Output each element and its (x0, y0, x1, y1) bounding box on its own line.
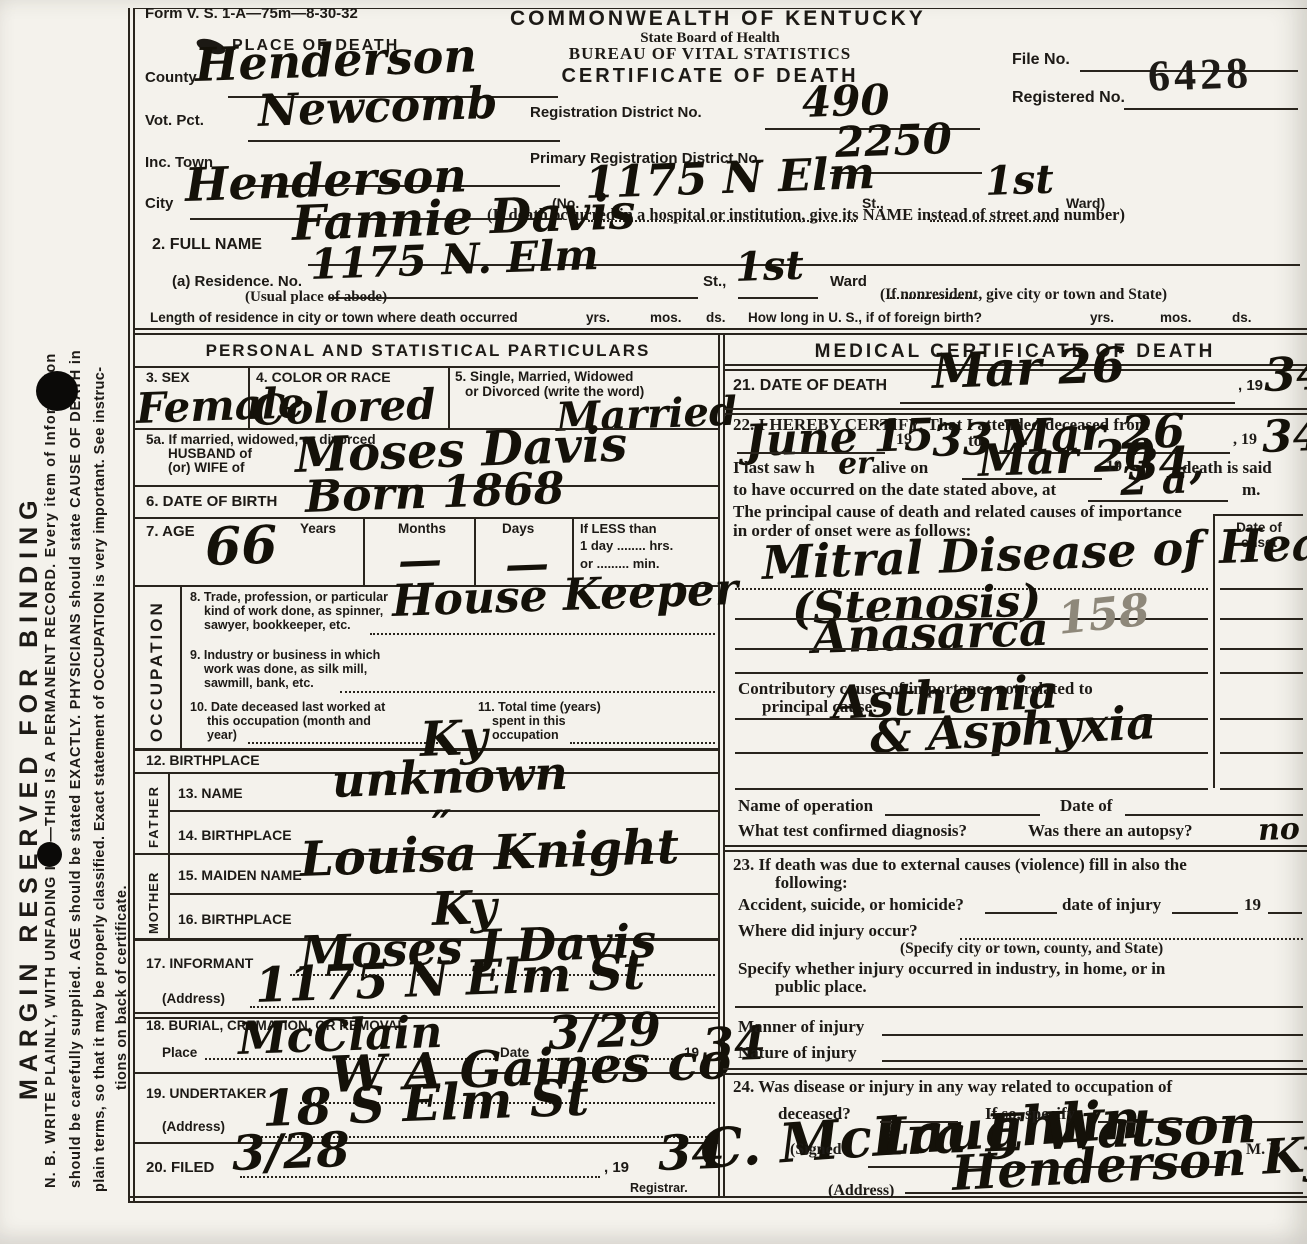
trade-label-3: sawyer, bookkeeper, etc. (204, 619, 351, 632)
last-worked-label-2: this occupation (month and (207, 715, 371, 728)
age-days-label: Days (502, 522, 534, 536)
informant-address-label: (Address) (162, 992, 225, 1006)
margin-note-line3: plain terms, so that it may be properly … (93, 367, 108, 1192)
ward-value: 1st (984, 160, 1054, 202)
operation-label: Name of operation (738, 797, 873, 815)
filed-date-value: 3/28 (231, 1126, 350, 1178)
age-value: 66 (204, 519, 278, 573)
form-left-border (128, 8, 135, 1202)
principal-cause-text-1: The principal cause of death and related… (733, 503, 1182, 521)
deceased-label: deceased? (778, 1105, 851, 1123)
physician-address-label: (Address) (828, 1183, 894, 1200)
onset-line-6 (1220, 752, 1303, 754)
commonwealth-title: COMMONWEALTH OF KENTUCKY (510, 8, 910, 30)
registered-no-line (1124, 108, 1298, 110)
trade-line (370, 633, 715, 635)
last-saw-text-2: alive on (872, 459, 928, 477)
dod-19-label: , 19 (1238, 378, 1263, 394)
injury-19-label: 19 (1244, 896, 1261, 914)
contributory-value-2: & Asphyxia (869, 699, 1157, 760)
onset-line-1 (1220, 588, 1303, 590)
registered-no-label: Registered No. (1012, 90, 1125, 107)
hour-value: 2 a (1119, 460, 1188, 502)
age-label: 7. AGE (146, 524, 195, 540)
total-time-label-1: 11. Total time (years) (478, 701, 601, 714)
cause-2-value: Anasarca (811, 606, 1049, 660)
contributory-line-2 (735, 752, 1208, 754)
injury-date-label: date of injury (1062, 896, 1161, 914)
full-name-label: 2. FULL NAME (152, 237, 262, 254)
onset-box-top (1213, 514, 1303, 516)
test-label: What test confirmed diagnosis? (738, 822, 967, 840)
to-19-label: , 19 (1233, 432, 1257, 449)
birthplace-label: 12. BIRTHPLACE (146, 753, 260, 768)
manner-line (882, 1034, 1303, 1036)
physician-address-line (905, 1192, 1303, 1194)
age-less-label-1: If LESS than (580, 522, 657, 536)
accident-label: Accident, suicide, or homicide? (738, 896, 964, 914)
specify-injury-line (735, 1006, 1303, 1008)
last-saw-er: er (837, 449, 873, 480)
reg-district-label: Registration District No. (530, 105, 702, 121)
length-ds-label: ds. (706, 311, 726, 325)
contributory-line-3 (735, 788, 1208, 790)
father-bp-label: 14. BIRTHPLACE (178, 828, 292, 843)
burial-place-label: Place (162, 1046, 197, 1060)
to-year-value: 34 (1261, 414, 1307, 460)
father-name-value: unknown (331, 750, 568, 804)
nature-label: Nature of injury (738, 1044, 857, 1062)
autopsy-label: Was there an autopsy? (1028, 822, 1193, 840)
external-causes-text-1: 23. If death was due to external causes … (733, 856, 1187, 874)
occurred-text: to have occurred on the date stated abov… (733, 481, 1056, 499)
occupation-vertical-label: OCCUPATION (148, 600, 166, 742)
injury-section-rule (723, 1068, 1307, 1075)
industry-label-2: work was done, as silk mill, (204, 663, 367, 676)
total-time-label-2: spent in this (492, 715, 566, 728)
date-of-death-value: Mar 26 (931, 341, 1126, 396)
husband-label-3: (or) WIFE of (168, 461, 244, 475)
age-less-label-2: 1 day ........ hrs. (580, 539, 673, 553)
accident-line (985, 912, 1057, 914)
informant-address-value: 1175 N Elm St (254, 948, 645, 1010)
personal-title-rule (133, 366, 720, 368)
residence-ward-value: 1st (734, 246, 804, 288)
filed-19-label: , 19 (604, 1160, 629, 1176)
last-saw-text-3: death is said (1182, 459, 1272, 477)
form-bottom-border (128, 1196, 1307, 1203)
dod-year-value: 34 (1263, 350, 1307, 398)
parents-label-border (168, 772, 170, 938)
injury-19-line (1268, 912, 1302, 914)
length-yrs-label: yrs. (586, 311, 610, 325)
how-long-ds: ds. (1232, 311, 1252, 325)
date-of-death-label: 21. DATE OF DEATH (733, 378, 887, 395)
injury-date-line (1172, 912, 1238, 914)
abode-note: (Usual place of abode) (245, 290, 387, 306)
how-long-label: How long in U. S., if of foreign birth? (748, 311, 982, 325)
marital-label-1: 5. Single, Married, Widowed (455, 370, 633, 384)
last-worked-label-1: 10. Date deceased last worked at (190, 701, 385, 714)
how-long-yrs: yrs. (1090, 311, 1114, 325)
industry-line (340, 691, 715, 693)
undertaker-address-label: (Address) (162, 1120, 225, 1134)
onset-line-4 (1220, 672, 1303, 674)
dob-value: Born 1868 (304, 467, 565, 520)
specify-city-note: (Specify city or town, county, and State… (900, 941, 1163, 957)
age-years-label: Years (300, 522, 336, 536)
trade-value: House Keeper (391, 568, 739, 624)
signed-label: (Signed (790, 1142, 842, 1159)
death-certificate-scan: MARGIN RESERVED FOR BINDING N. B. WRITE … (0, 0, 1307, 1244)
vot-pct-label: Vot. Pct. (145, 113, 204, 129)
binding-hole-bottom (37, 842, 62, 867)
external-causes-text-2: following: (775, 874, 848, 892)
autopsy-rule (723, 845, 1307, 852)
filed-line (240, 1176, 600, 1178)
length-mos-label: mos. (650, 311, 682, 325)
residence-ward-line (738, 297, 818, 299)
how-long-mos: mos. (1160, 311, 1192, 325)
father-vertical-label: FATHER (147, 785, 161, 848)
file-no-label: File No. (1012, 52, 1070, 69)
nonresident-note: (If nonresident, give city or town and S… (880, 287, 1167, 303)
total-time-line (570, 742, 715, 744)
informant-label: 17. INFORMANT (146, 956, 253, 971)
race-marital-divider (448, 366, 450, 428)
onset-line-2 (1220, 618, 1303, 620)
trade-label-1: 8. Trade, profession, or particular (190, 591, 388, 604)
residence-label: (a) Residence. No. (172, 274, 302, 290)
vot-pct-line (248, 140, 560, 142)
nature-line (882, 1060, 1303, 1062)
manner-label: Manner of injury (738, 1018, 864, 1036)
specify-injury-text-2: public place. (775, 978, 867, 996)
undertaker-label: 19. UNDERTAKER (146, 1086, 266, 1101)
mother-bp-label: 16. BIRTHPLACE (178, 912, 292, 927)
county-label: County (145, 70, 197, 86)
last-saw-text-1: I last saw h (733, 459, 815, 477)
industry-label-3: sawmill, bank, etc. (204, 677, 314, 690)
registrar-label: Registrar. (630, 1182, 688, 1195)
onset-line-3 (1220, 648, 1303, 650)
header-bottom-rule (133, 328, 1307, 335)
personal-section-title: PERSONAL AND STATISTICAL PARTICULARS (136, 342, 720, 360)
where-injury-label: Where did injury occur? (738, 922, 918, 940)
from-19-label: , 19 (888, 432, 912, 449)
q24-text: 24. Was disease or injury in any way rel… (733, 1078, 1172, 1096)
onset-line-7 (1220, 788, 1303, 790)
mother-name-value: Louisa Knight (299, 823, 680, 884)
binding-hole-top (36, 371, 78, 411)
margin-note-line2: should be carefully supplied. AGE should… (69, 350, 84, 1188)
trade-label-2: kind of work done, as spinner, (204, 605, 383, 618)
date-of-death-line (900, 402, 1235, 404)
specify-injury-text-1: Specify whether injury occurred in indus… (738, 960, 1165, 978)
file-number-stamp: 6428 (1147, 50, 1253, 100)
father-name-label: 13. NAME (178, 786, 243, 801)
m-label: m. (1242, 481, 1260, 499)
mother-vertical-label: MOTHER (147, 872, 161, 934)
bureau-title: BUREAU OF VITAL STATISTICS (510, 45, 910, 63)
age-div1 (363, 517, 365, 585)
filed-label: 20. FILED (146, 1160, 214, 1176)
margin-binding-text: MARGIN RESERVED FOR BINDING (16, 493, 42, 1100)
form-number: Form V. S. 1-A—75m—8-30-32 (145, 6, 358, 22)
residence-st-label: St., (703, 274, 726, 290)
undertaker-rule (133, 1142, 720, 1144)
cause-line-3 (735, 648, 1208, 650)
operation-line (885, 814, 1040, 816)
margin-note-line1: N. B. WRITE PLAINLY, WITH UNFADING INK—T… (44, 353, 59, 1188)
onset-line-5 (1220, 718, 1303, 720)
last-worked-label-3: year) (207, 729, 237, 742)
city-label: City (145, 196, 173, 212)
mother-name-label: 15. MAIDEN NAME (178, 868, 302, 883)
last-worked-line (248, 742, 438, 744)
industry-label-1: 9. Industry or business in which (190, 649, 380, 662)
total-time-label-3: occupation (492, 729, 559, 742)
residence-value: 1175 N. Elm (309, 234, 599, 286)
vot-pct-value: Newcomb (257, 82, 498, 134)
residence-length-label: Length of residence in city or town wher… (150, 311, 518, 325)
cause-2-pencil-note: 158 (1056, 589, 1152, 642)
occupation-cell-border (180, 585, 182, 748)
operation-date-label: Date of (1060, 797, 1112, 815)
residence-ward-label: Ward (830, 274, 867, 290)
dob-label: 6. DATE OF BIRTH (146, 494, 277, 510)
autopsy-value: no (1257, 815, 1300, 846)
